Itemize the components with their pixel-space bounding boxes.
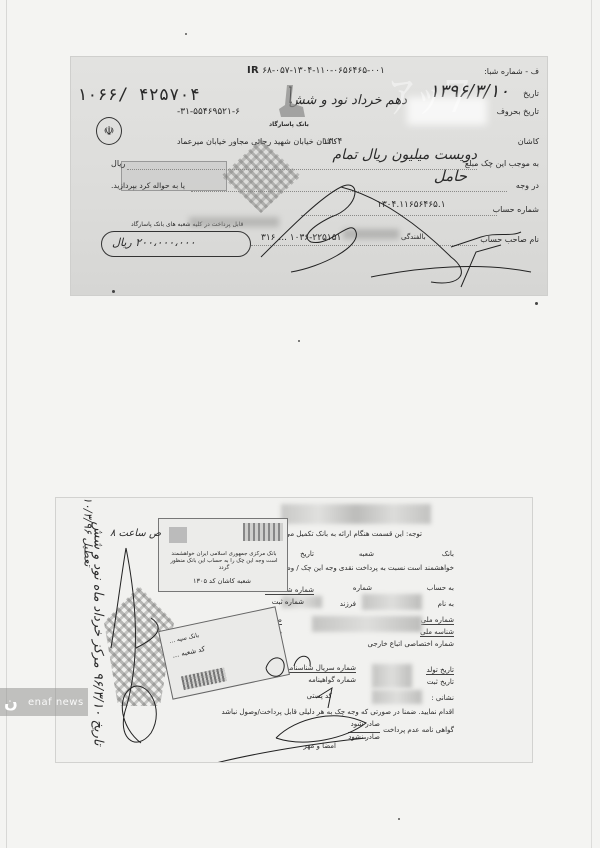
branch-label: کاشان: [518, 137, 539, 146]
signature-icon: [96, 538, 376, 763]
scan-speck: [398, 818, 400, 820]
national-code-label: شماره ملی: [421, 616, 454, 625]
page-edge: [591, 0, 592, 848]
bank-name: بانک پاسارگاد: [269, 121, 309, 128]
scan-speck: [185, 33, 187, 35]
iban: IR ۶۸-۰۵۷-۱۳۰۴-۱۱۰-۰۶۵۶۴۶۵-۰۰۱: [247, 65, 385, 76]
amount-in-words: دویست میلیون ریال تمام: [332, 147, 477, 163]
watermark-text: enaf news: [28, 697, 84, 708]
cheque-front: ｱｯ7 IR ۶۸-۰۵۷-۱۳۰۴-۱۱۰-۰۶۵۶۴۶۵-۰۰۱ ف - ش…: [70, 56, 548, 296]
page-edge: [6, 0, 7, 848]
branch-code: ۱۳۰۴: [323, 137, 342, 147]
address-label: نشانی :: [431, 694, 454, 702]
date-words-label: تاریخ بحروف: [497, 107, 539, 116]
enaf-logo-icon: ﻥ: [0, 691, 22, 713]
scan-speck: [298, 340, 300, 342]
iran-emblem-icon: ☫: [96, 117, 122, 145]
registration-date-label: تاریخ ثبت: [427, 678, 454, 686]
foreign-id-label: شماره اختصاصی اتباع خارجی: [368, 640, 454, 648]
scan-speck: [112, 290, 115, 293]
amount-line: [127, 169, 477, 170]
iban-prefix: IR: [247, 65, 259, 76]
iban-number: ۶۸-۰۵۷-۱۳۰۴-۱۱۰-۰۶۵۶۴۶۵-۰۰۱: [262, 66, 385, 76]
to-account-label: به حساب: [427, 584, 454, 592]
bank-label: بانک: [442, 550, 454, 558]
scan-speck: [535, 302, 538, 305]
signature-icon: [221, 177, 541, 292]
sheba-label: ف - شماره شبا:: [484, 67, 539, 76]
cheque-back: توجه: این قسمت هنگام ارائه به بانک تکمیل…: [55, 497, 533, 763]
non-payment-label: گواهی نامه عدم پرداخت: [383, 726, 454, 734]
bank-code-line: -۳۱-۵۵۴۶۹۵۲۱-۶: [177, 107, 240, 117]
back-notice: توجه: این قسمت هنگام ارائه به بانک تکمیل…: [270, 530, 422, 538]
redaction: [281, 504, 431, 524]
date-label: تاریخ: [523, 89, 539, 98]
redaction: [372, 690, 422, 704]
redaction: [372, 664, 412, 688]
name-label: به نام: [438, 600, 454, 608]
serial-number: ۱۰۶۶/ ۴۲۵۷۰۴: [77, 85, 200, 105]
watermark: ﻥ enaf news: [0, 688, 88, 716]
bank-logo-icon: [275, 83, 309, 121]
birth-date-label: تاریخ تولد: [426, 666, 454, 675]
or-order-label: یا به حواله کرد بپردازید.: [111, 181, 185, 190]
national-id-label: شناسه ملی: [420, 628, 454, 637]
rial-label: ریال: [111, 159, 125, 168]
redaction: [407, 97, 487, 125]
